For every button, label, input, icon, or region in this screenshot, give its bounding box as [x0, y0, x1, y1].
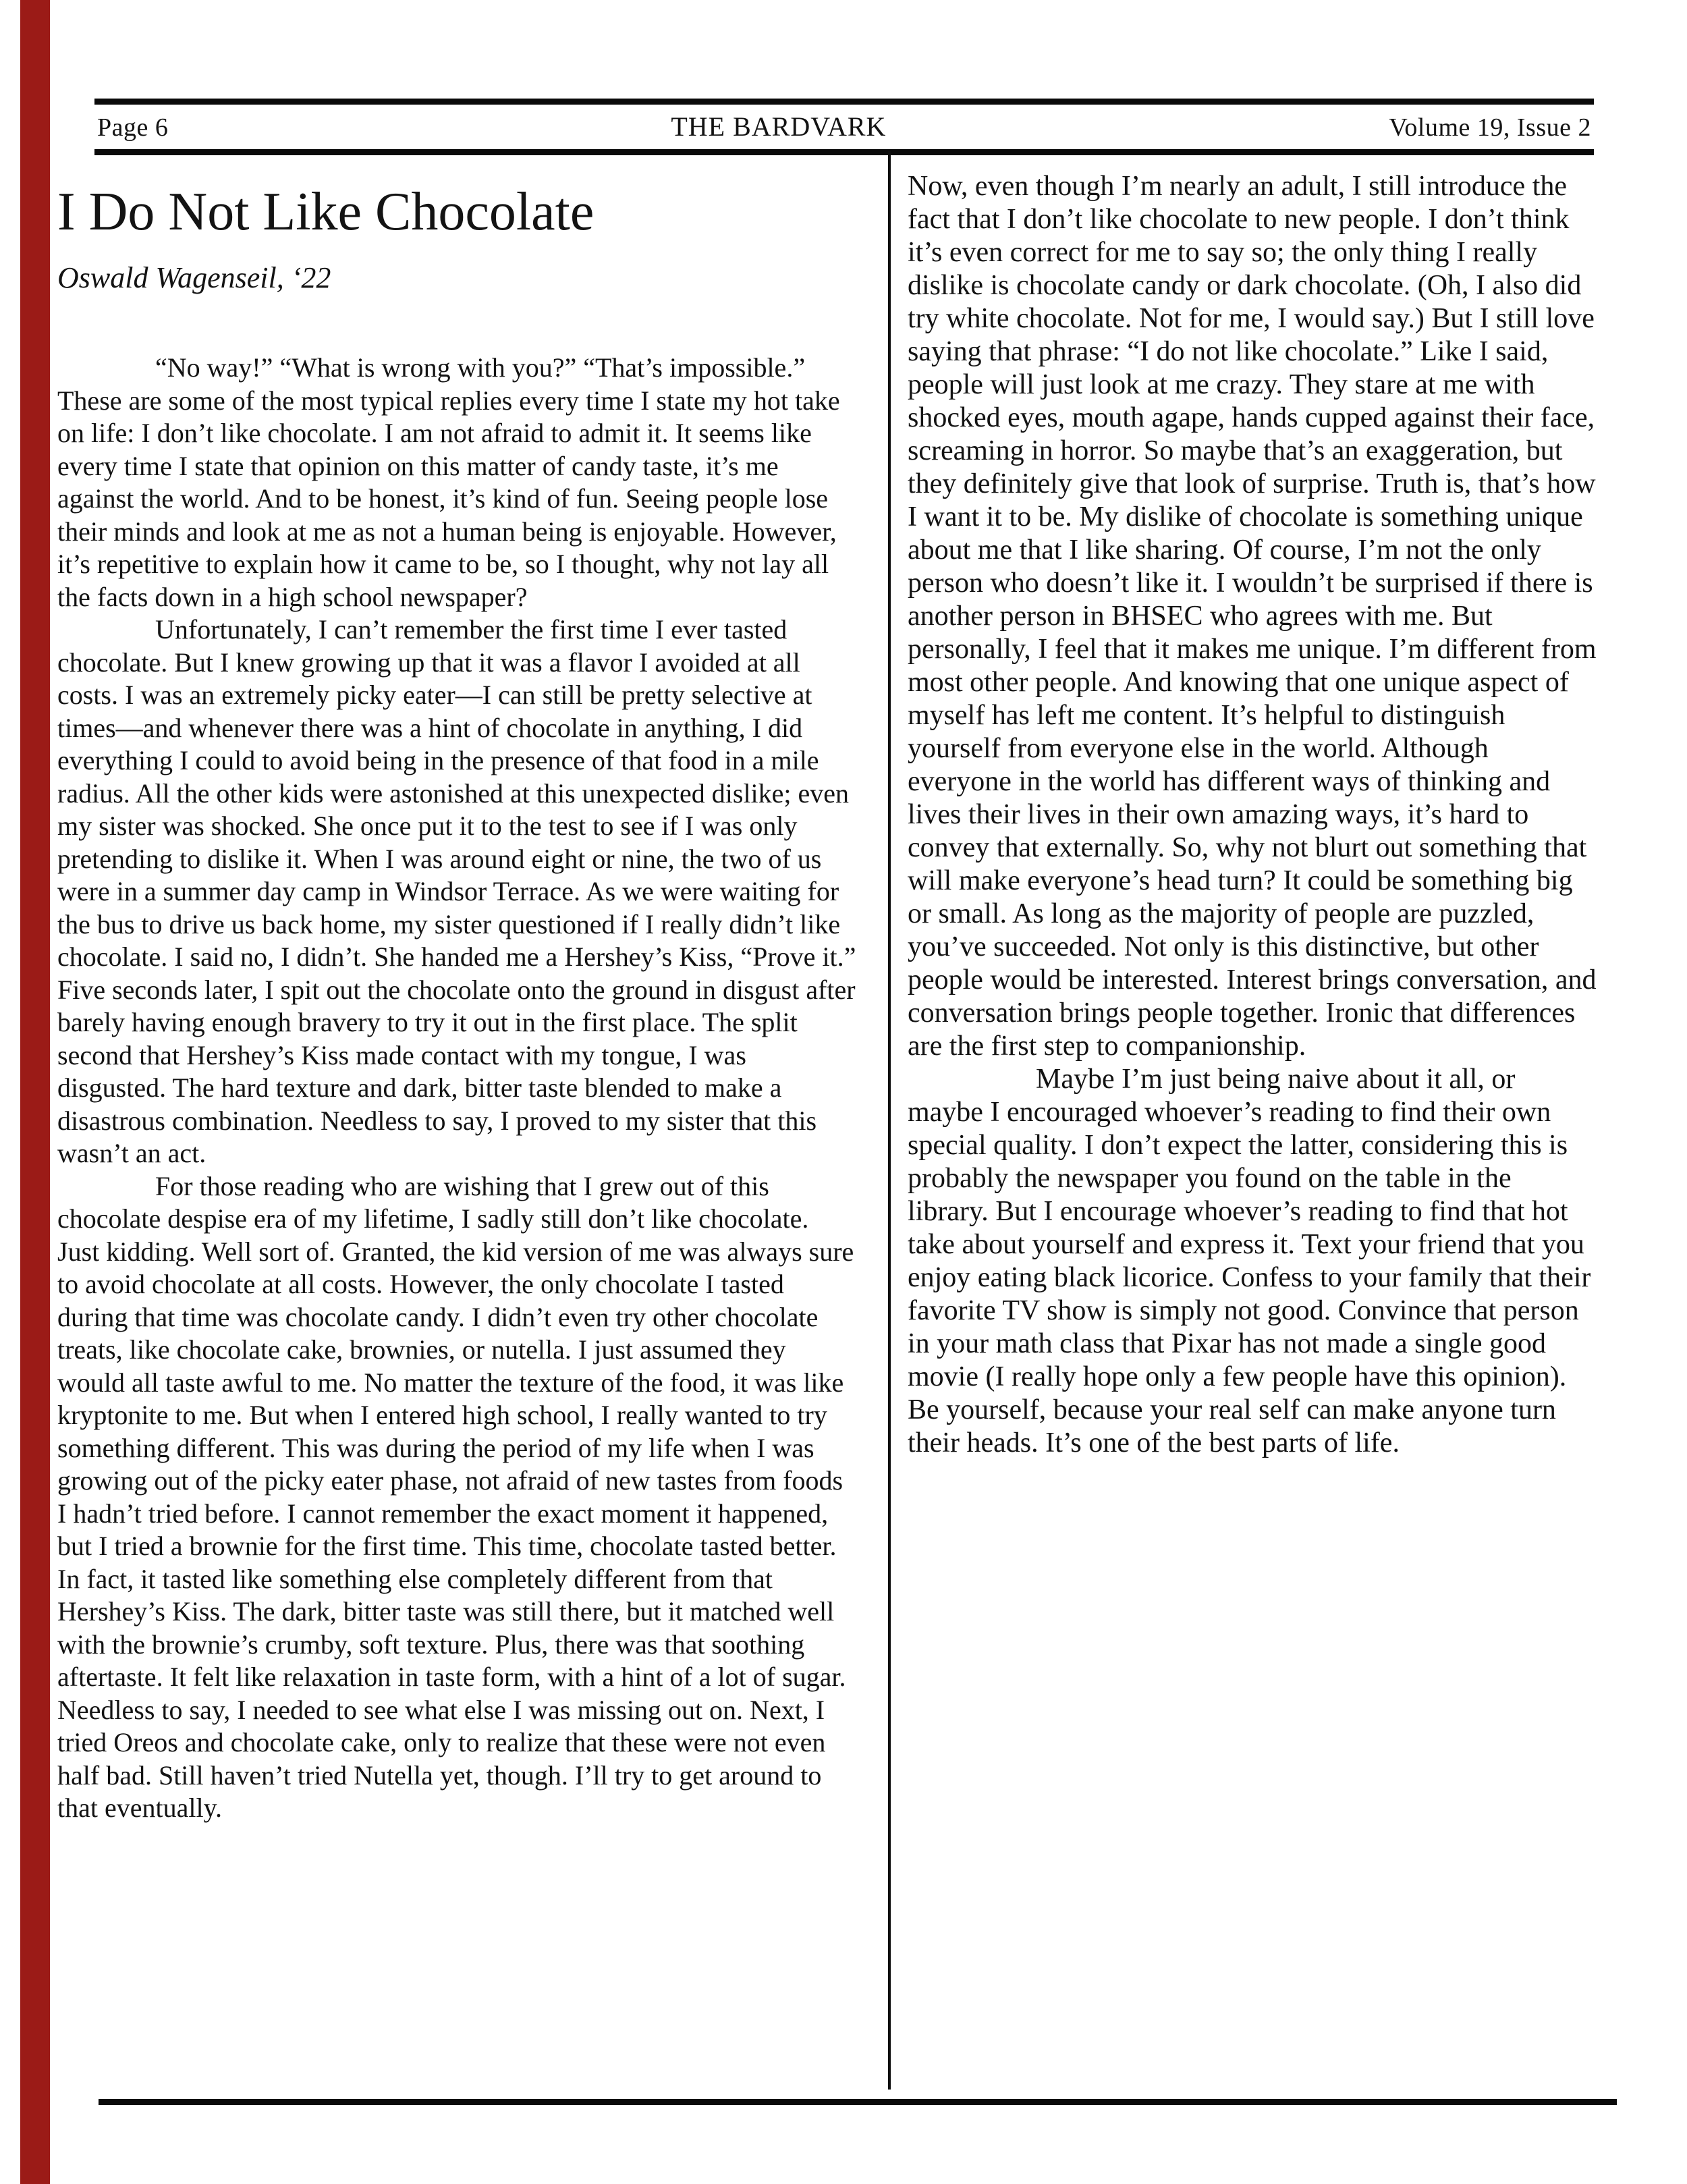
folio-issue-label: Volume 19, Issue 2 [1389, 113, 1591, 142]
article-paragraph: “No way!” “What is wrong with you?” “Tha… [57, 352, 857, 613]
page-bottom-rule [99, 2099, 1617, 2105]
article-column-right: Now, even though I’m nearly an adult, I … [908, 169, 1597, 1460]
header-rule-bottom [94, 149, 1594, 155]
folio-header: Page 6 THE BARDVARK Volume 19, Issue 2 [94, 99, 1594, 155]
header-rule-top [94, 99, 1594, 105]
article-title: I Do Not Like Chocolate [57, 169, 857, 240]
article-paragraph: For those reading who are wishing that I… [57, 1170, 857, 1825]
newspaper-page: { "header": { "page_label": "Page 6", "m… [0, 0, 1687, 2184]
folio-row: Page 6 THE BARDVARK Volume 19, Issue 2 [94, 105, 1594, 149]
article-byline: Oswald Wagenseil, ‘22 [57, 261, 857, 295]
column-divider [888, 151, 891, 2090]
article-paragraph: Now, even though I’m nearly an adult, I … [908, 170, 1597, 1063]
article-column-left: I Do Not Like Chocolate Oswald Wagenseil… [57, 169, 857, 1825]
page-edge-red-bar [20, 0, 50, 2184]
article-paragraph: Unfortunately, I can’t remember the firs… [57, 613, 857, 1170]
masthead-title: THE BARDVARK [671, 111, 886, 142]
article-paragraph: Maybe I’m just being naive about it all,… [908, 1063, 1597, 1460]
folio-page-number: Page 6 [97, 113, 168, 142]
